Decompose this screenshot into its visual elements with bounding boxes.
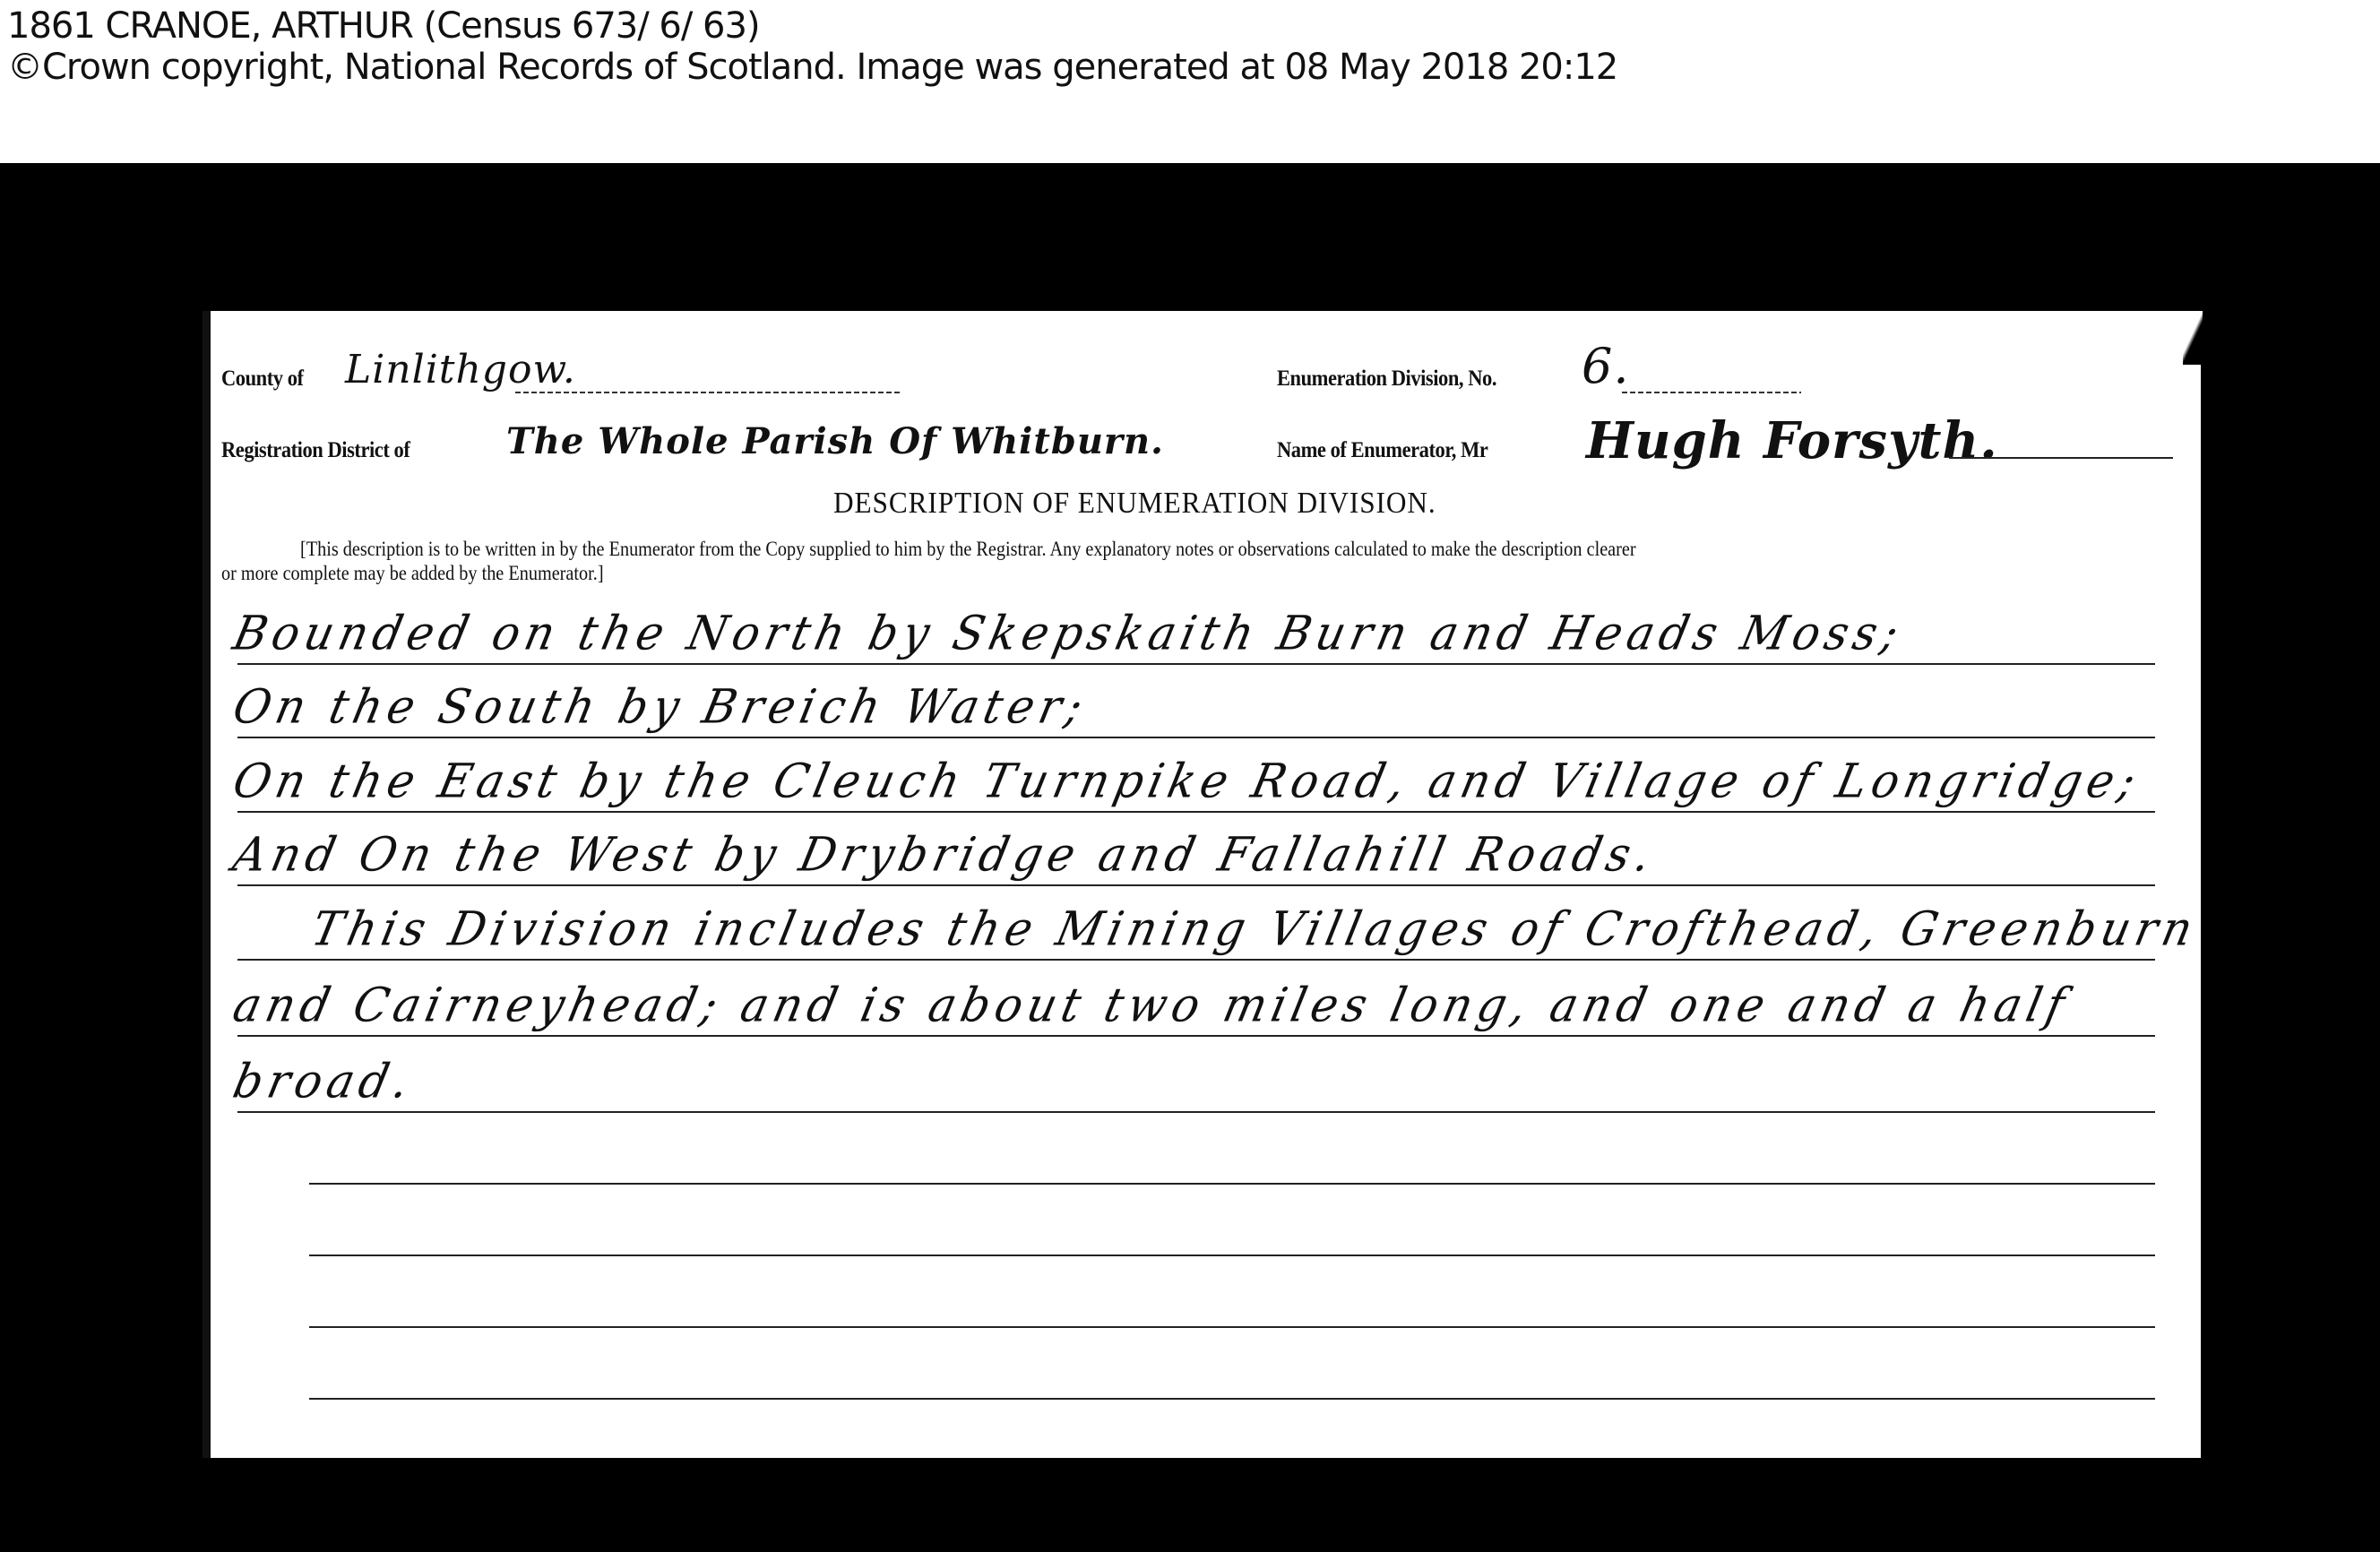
enumerator-value: Hugh Forsyth.: [1586, 411, 1998, 470]
record-title: 1861 CRANOE, ARTHUR (Census 673/ 6/ 63): [7, 5, 760, 47]
census-page: County of Linlithgow. Enumeration Divisi…: [203, 311, 2201, 1458]
description-line: broad.: [229, 1054, 419, 1108]
ruled-line: [237, 1111, 2155, 1113]
description-line: On the East by the Cleuch Turnpike Road,…: [229, 754, 2145, 808]
ruled-line: [237, 737, 2155, 738]
ruled-line: [309, 1398, 2155, 1400]
county-rule: [515, 392, 901, 393]
description-line: Bounded on the North by Skepskaith Burn …: [229, 606, 1909, 660]
ruled-line: [309, 1183, 2155, 1185]
ruled-line: [309, 1255, 2155, 1256]
enum-division-rule: [1622, 392, 1801, 393]
description-line: This Division includes the Mining Villag…: [229, 901, 2203, 956]
copyright-notice: ©Crown copyright, National Records of Sc…: [7, 47, 1617, 88]
record-header: 1861 CRANOE, ARTHUR (Census 673/ 6/ 63) …: [0, 0, 2380, 163]
reg-district-value: The Whole Parish Of Whitburn.: [506, 420, 1164, 462]
section-title: DESCRIPTION OF ENUMERATION DIVISION.: [833, 487, 1436, 521]
enum-division-label: Enumeration Division, No.: [1277, 366, 1496, 392]
description-line: On the South by Breich Water;: [229, 679, 1092, 734]
county-label: County of: [221, 366, 304, 392]
reg-district-label: Registration District of: [221, 438, 410, 463]
torn-corner: [2183, 311, 2203, 365]
description-line: And On the West by Drybridge and Fallahi…: [229, 827, 1660, 882]
county-value: Linlithgow.: [345, 347, 576, 392]
ruled-line: [309, 1326, 2155, 1328]
ruled-line: [237, 811, 2155, 813]
enum-division-value: 6.: [1582, 338, 1630, 394]
ruled-line: [237, 663, 2155, 665]
enumerator-label: Name of Enumerator, Mr: [1277, 438, 1487, 463]
description-line: and Cairneyhead; and is about two miles …: [229, 978, 2074, 1032]
ruled-line: [237, 959, 2155, 961]
instructions-line-1: [This description is to be written in by…: [300, 538, 1636, 561]
enumerator-rule: [1949, 457, 2173, 459]
ruled-line: [237, 1035, 2155, 1037]
ruled-line: [237, 884, 2155, 886]
instructions-line-2: or more complete may be added by the Enu…: [221, 562, 604, 585]
